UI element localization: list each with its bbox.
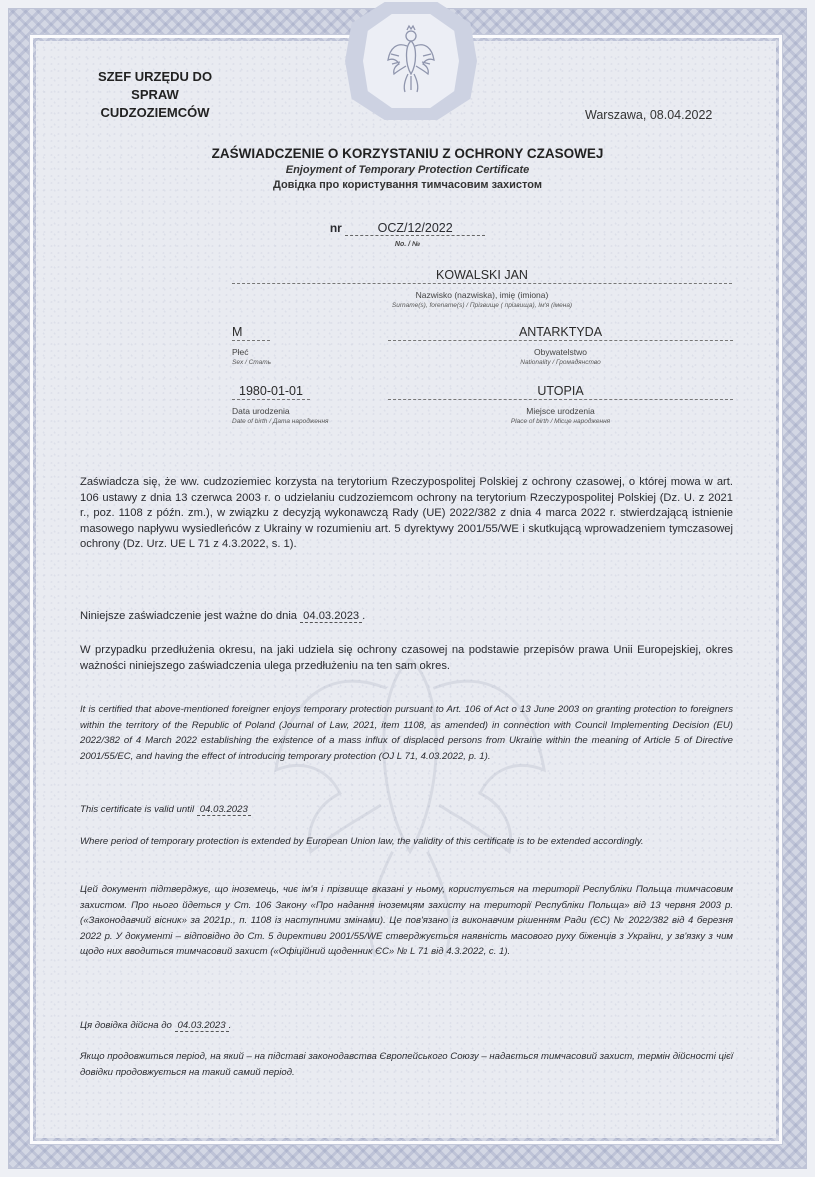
validity-english-date: 04.03.2023 (197, 804, 251, 816)
validity-english: This certificate is valid until 04.03.20… (80, 802, 733, 818)
field-nationality: ANTARKTYDA Obywatelstwo Nationality / Гр… (388, 325, 733, 367)
dob-label: Data urodzenia (232, 406, 382, 417)
name-label: Nazwisko (nazwiska), imię (imiona) (232, 290, 732, 301)
certificate-number-row: nr OCZ/12/2022 (60, 221, 755, 236)
validity-ukrainian-date: 04.03.2023 (175, 1020, 229, 1032)
issuing-authority: SZEF URZĘDU DO SPRAW CUDZOZIEMCÓW (80, 68, 230, 122)
validity-polish-date: 04.03.2023 (300, 610, 362, 623)
name-sublabel: Surname(s), forename(s) / Прізвище ( прі… (232, 301, 732, 310)
issuer-line-2: CUDZOZIEMCÓW (80, 104, 230, 122)
sex-sublabel: Sex / Стать (232, 358, 382, 367)
number-label: nr (330, 221, 342, 235)
place-and-date: Warszawa, 08.04.2022 (585, 108, 712, 122)
certification-text-english: It is certified that above-mentioned for… (80, 702, 733, 764)
validity-polish-prefix: Niniejsze zaświadczenie jest ważne do dn… (80, 610, 297, 622)
sex-label: Płeć (232, 347, 382, 358)
field-sex: M Płeć Sex / Стать (232, 325, 382, 367)
field-place-of-birth: UTOPIA Miejsce urodzenia Place of birth … (388, 384, 733, 426)
validity-ukrainian-suffix: . (229, 1020, 232, 1031)
certification-text-ukrainian: Цей документ підтверджує, що іноземець, … (80, 882, 733, 960)
certificate-page: SZEF URZĘDU DO SPRAW CUDZOZIEMCÓW Warsza… (0, 0, 815, 1177)
title-ukrainian: Довідка про користування тимчасовим захи… (60, 179, 755, 191)
field-name: KOWALSKI JAN Nazwisko (nazwiska), imię (… (232, 268, 732, 310)
certification-text-polish: Zaświadcza się, że ww. cudzoziemiec korz… (80, 475, 733, 553)
polish-eagle-icon (385, 24, 437, 96)
certificate-number: OCZ/12/2022 (345, 221, 485, 236)
title-english: Enjoyment of Temporary Protection Certif… (60, 164, 755, 176)
pob-sublabel: Place of birth / Місце народження (388, 417, 733, 426)
validity-english-prefix: This certificate is valid until (80, 804, 194, 815)
pob-label: Miejsce urodzenia (388, 406, 733, 417)
pob-value: UTOPIA (388, 384, 733, 400)
sex-value: M (232, 325, 270, 341)
nationality-value: ANTARKTYDA (388, 325, 733, 341)
validity-ukrainian-prefix: Ця довідка дійсна до (80, 1020, 172, 1031)
extension-text-ukrainian: Якщо продовжиться період, на який – на п… (80, 1049, 733, 1080)
extension-text-polish: W przypadku przedłużenia okresu, na jaki… (80, 643, 733, 674)
nationality-sublabel: Nationality / Громадянство (388, 358, 733, 367)
dob-value: 1980-01-01 (232, 384, 310, 400)
field-date-of-birth: 1980-01-01 Data urodzenia Date of birth … (232, 384, 382, 426)
nationality-label: Obywatelstwo (388, 347, 733, 358)
number-sublabel: No. / № (60, 241, 755, 248)
name-value: KOWALSKI JAN (232, 268, 732, 284)
extension-text-english: Where period of temporary protection is … (80, 834, 733, 850)
dob-sublabel: Date of birth / Дата народження (232, 417, 382, 426)
issuer-line-1: SZEF URZĘDU DO SPRAW (80, 68, 230, 104)
document-title: ZAŚWIADCZENIE O KORZYSTANIU Z OCHRONY CZ… (60, 146, 755, 191)
validity-ukrainian: Ця довідка дійсна до 04.03.2023. (80, 1018, 733, 1034)
validity-polish-suffix: . (362, 610, 365, 622)
validity-polish: Niniejsze zaświadczenie jest ważne do dn… (80, 609, 733, 625)
title-polish: ZAŚWIADCZENIE O KORZYSTANIU Z OCHRONY CZ… (60, 146, 755, 161)
